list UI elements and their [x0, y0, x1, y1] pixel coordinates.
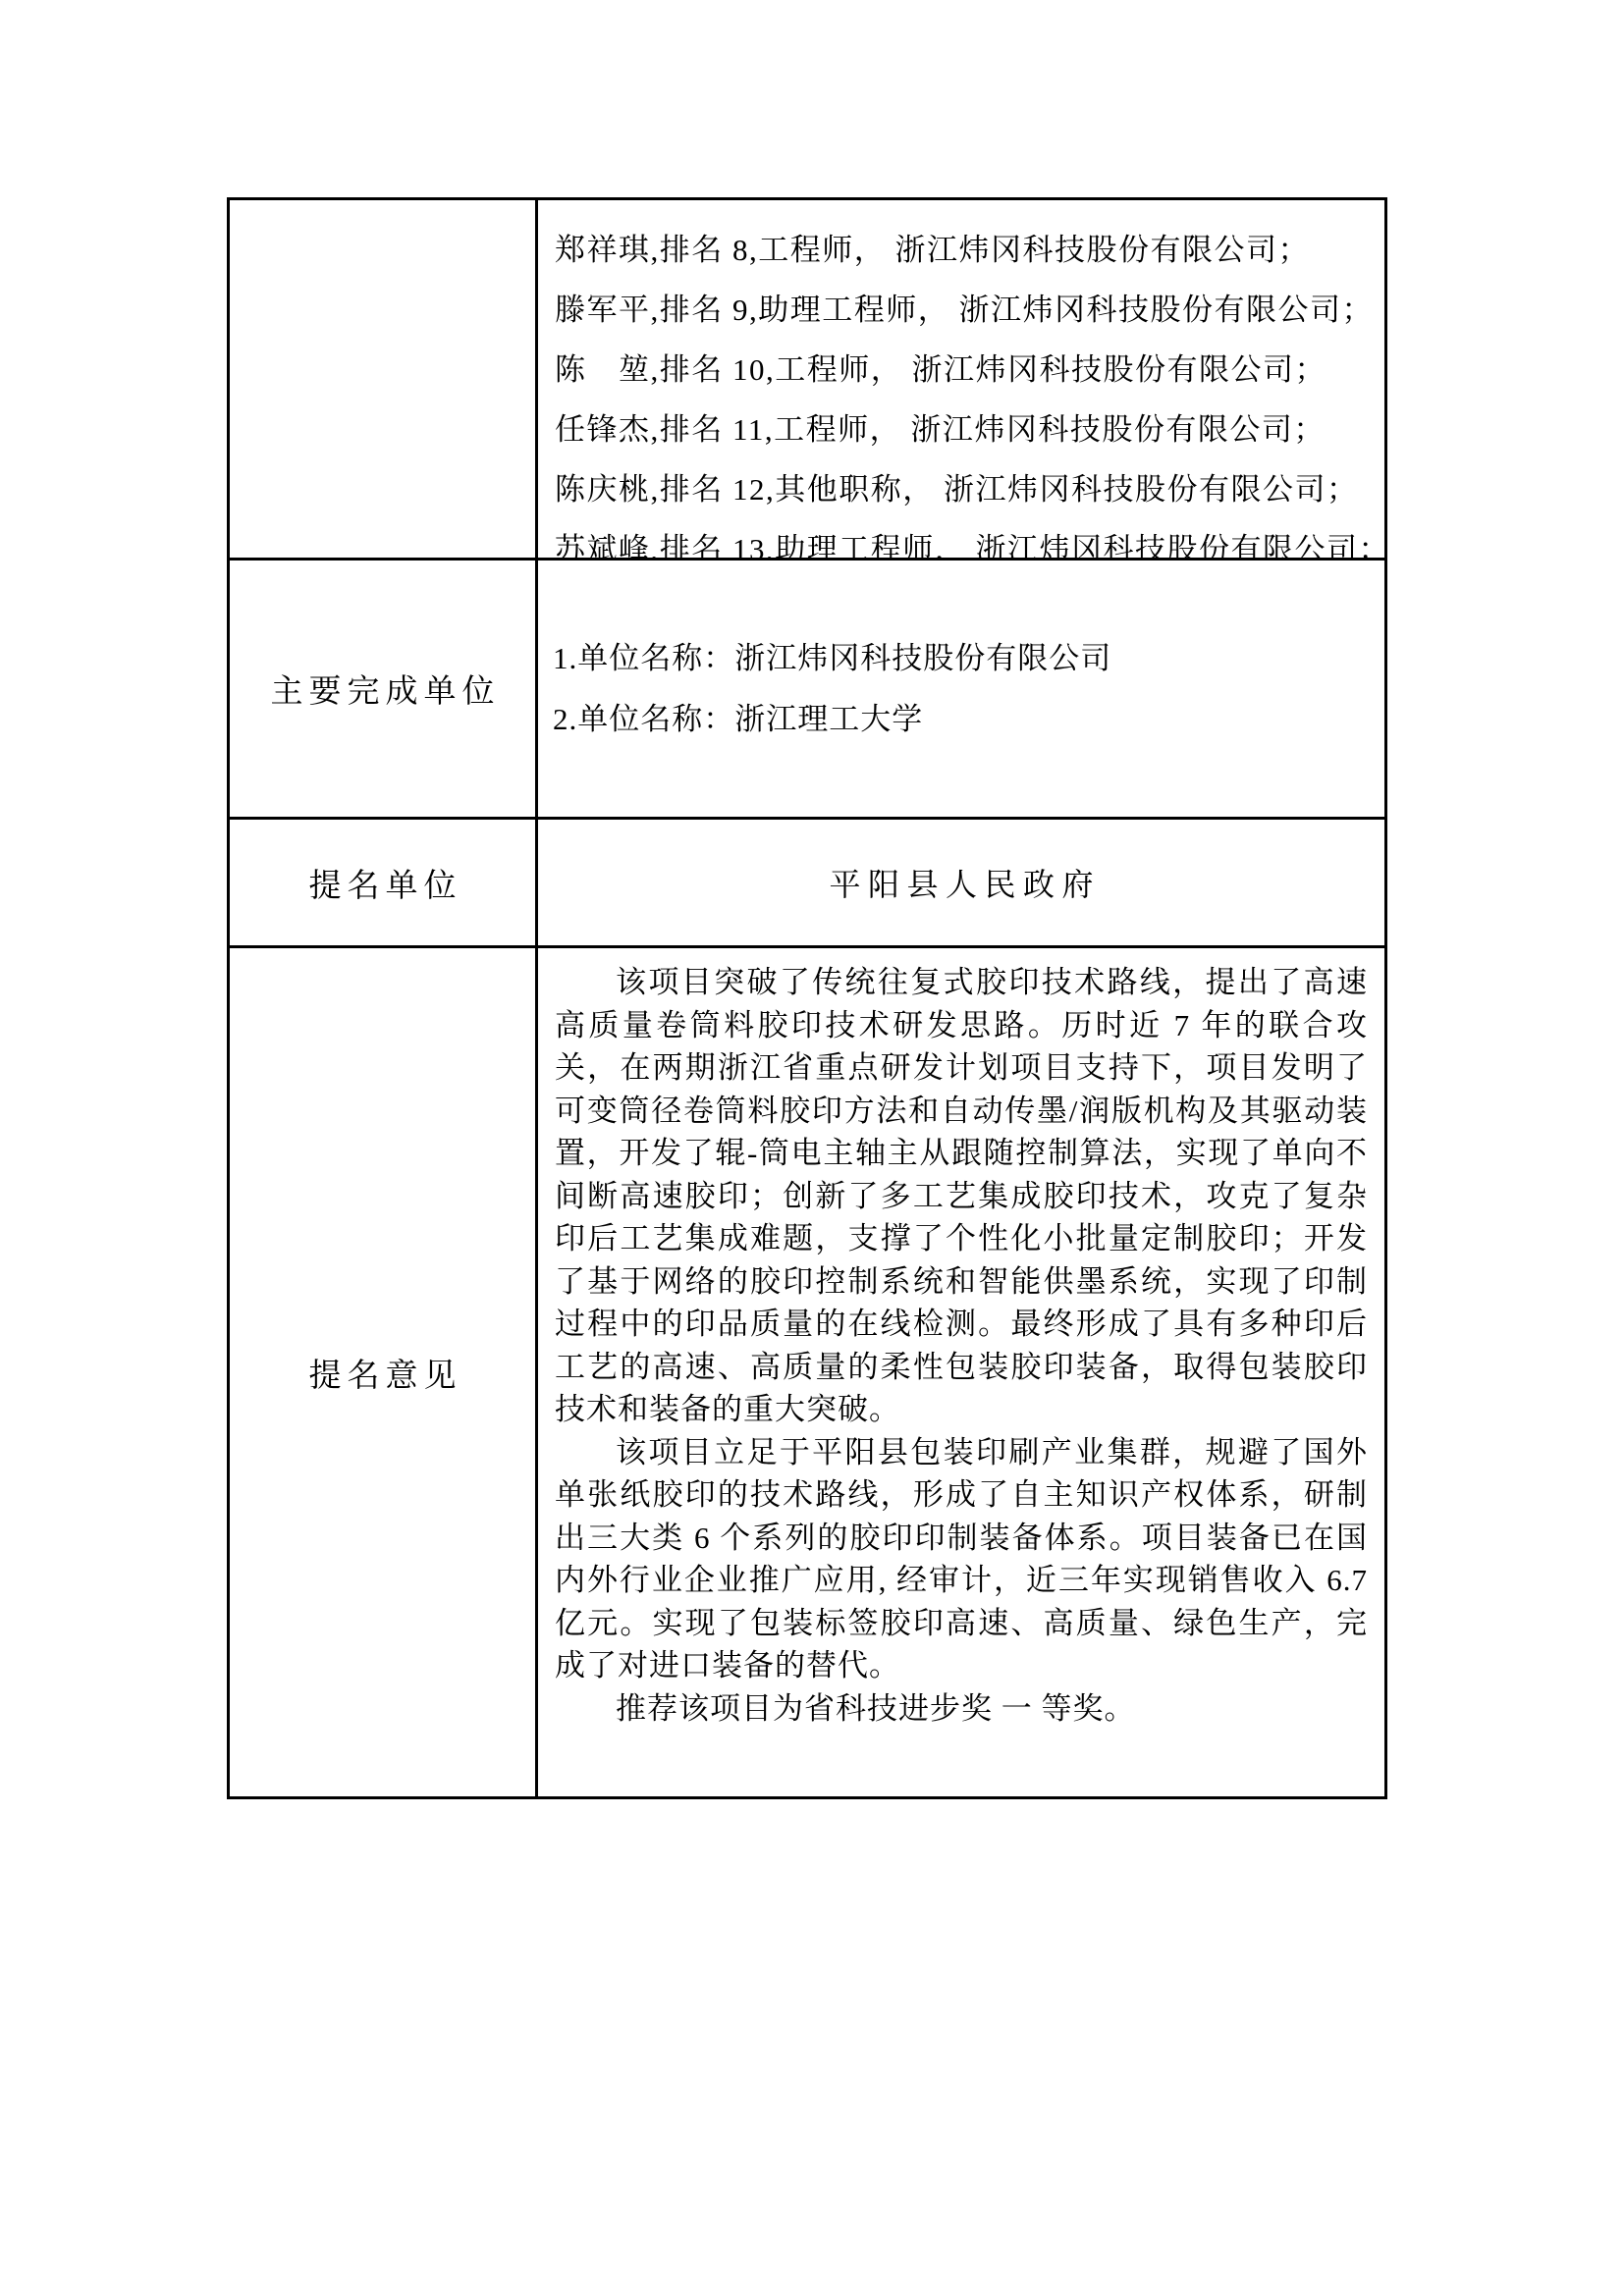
- completion-units-label: 主要完成单位: [265, 666, 501, 712]
- opinion-paragraph: 该项目突破了传统往复式胶印技术路线，提出了高速高质量卷筒料胶印技术研发思路。历时…: [555, 961, 1368, 1431]
- contributor-line: 滕军平,排名 9,助理工程师， 浙江炜冈科技股份有限公司；: [555, 280, 1369, 340]
- nomination-opinion-cell: 该项目突破了传统往复式胶印技术路线，提出了高速高质量卷筒料胶印技术研发思路。历时…: [538, 945, 1384, 1796]
- nomination-opinion-label-cell: 提名意见: [230, 945, 538, 1796]
- nominating-unit-label: 提名单位: [303, 860, 462, 906]
- contributor-line: 陈庆桃,排名 12,其他职称， 浙江炜冈科技股份有限公司；: [555, 459, 1369, 519]
- document-page: 郑祥琪,排名 8,工程师， 浙江炜冈科技股份有限公司； 滕军平,排名 9,助理工…: [0, 0, 1624, 2296]
- contributors-cell: 郑祥琪,排名 8,工程师， 浙江炜冈科技股份有限公司； 滕军平,排名 9,助理工…: [538, 200, 1384, 558]
- completion-units-cell: 1.单位名称：浙江炜冈科技股份有限公司 2.单位名称：浙江理工大学: [538, 558, 1384, 817]
- opinion-paragraph: 推荐该项目为省科技进步奖 一 等奖。: [555, 1687, 1368, 1731]
- nomination-form-table: 郑祥琪,排名 8,工程师， 浙江炜冈科技股份有限公司； 滕军平,排名 9,助理工…: [227, 197, 1387, 1799]
- contributor-line: 郑祥琪,排名 8,工程师， 浙江炜冈科技股份有限公司；: [555, 220, 1369, 280]
- nominating-unit-value: 平阳县人民政府: [822, 860, 1101, 905]
- nominating-unit-value-cell: 平阳县人民政府: [538, 817, 1384, 945]
- contributor-line: 陈 堃,排名 10,工程师， 浙江炜冈科技股份有限公司；: [555, 340, 1369, 400]
- nomination-opinion-label: 提名意见: [303, 1350, 462, 1396]
- contributors-label-cell-empty: [230, 200, 538, 558]
- completion-unit-line: 2.单位名称：浙江理工大学: [553, 689, 1384, 750]
- completion-units-label-cell: 主要完成单位: [230, 558, 538, 817]
- nominating-unit-label-cell: 提名单位: [230, 817, 538, 945]
- contributor-line: 任锋杰,排名 11,工程师， 浙江炜冈科技股份有限公司；: [555, 400, 1369, 459]
- opinion-paragraph: 该项目立足于平阳县包装印刷产业集群，规避了国外单张纸胶印的技术路线，形成了自主知…: [555, 1431, 1368, 1687]
- completion-unit-line: 1.单位名称：浙江炜冈科技股份有限公司: [553, 628, 1384, 689]
- contributor-line: 苏斌峰,排名 13,助理工程师， 浙江炜冈科技股份有限公司；: [555, 519, 1369, 558]
